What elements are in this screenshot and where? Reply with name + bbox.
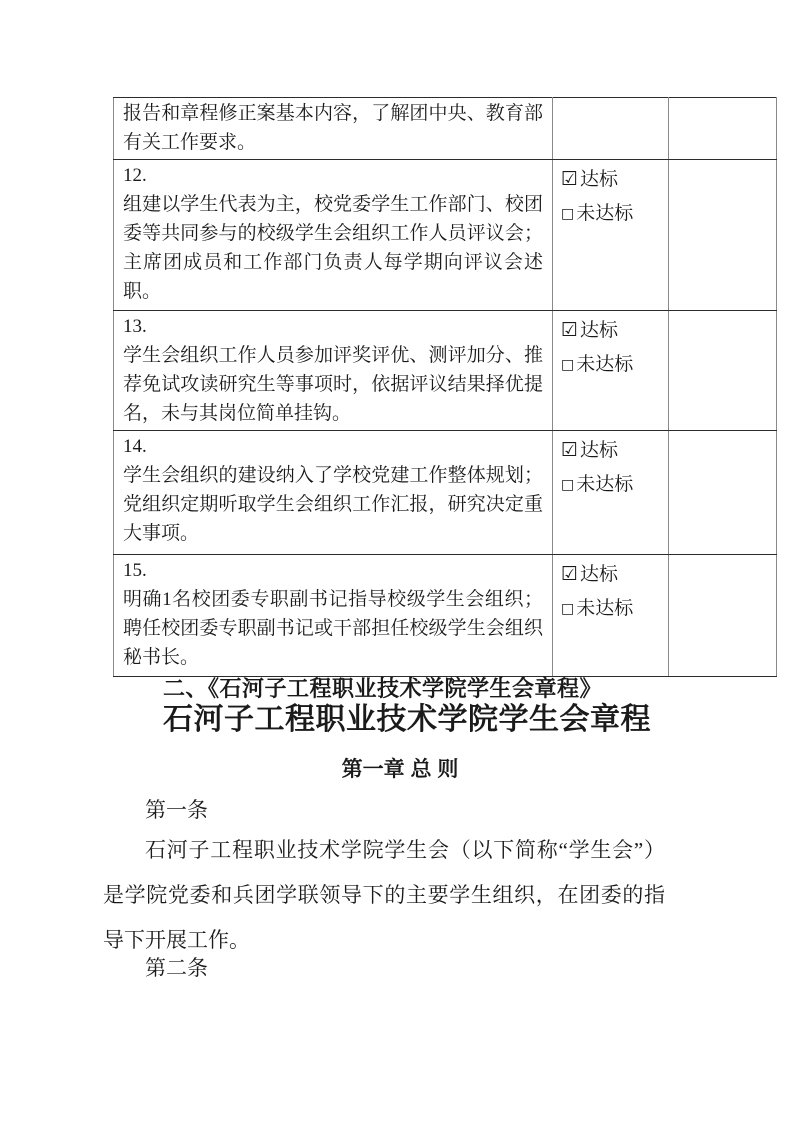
checkbox-option-achieved[interactable]: ☑达标 [561,313,664,348]
item-text: 学生会组织工作人员参加评奖评优、测评加分、推荐免试攻读研究生等事项时，依据评议结… [123,341,543,428]
compliance-checklist-table: 报告和章程修正案基本内容，了解团中央、教育部有关工作要求。 12. 组建以学生代… [113,97,777,677]
status-cell: ☑达标 □未达标 [553,160,669,311]
status-cell: ☑达标 □未达标 [553,311,669,431]
checked-checkbox-icon: ☑ [561,433,578,467]
checkbox-option-not-achieved[interactable]: □未达标 [561,348,664,383]
checkbox-option-not-achieved[interactable]: □未达标 [561,197,664,232]
checkbox-option-achieved[interactable]: ☑达标 [561,557,664,592]
item-number: 14. [123,432,543,461]
status-cell: ☑达标 □未达标 [553,431,669,555]
document-title: 石河子工程职业技术学院学生会章程 [163,702,651,738]
checkbox-option-label: 达标 [580,169,618,190]
item-number: 15. [123,556,543,585]
unchecked-checkbox-icon: □ [561,197,574,231]
item-text: 明确1名校团委专职副书记指导校级学生会组织；聘任校团委专职副书记或干部担任校级学… [123,585,543,672]
item-cell: 14. 学生会组织的建设纳入了学校党建工作整体规划；党组织定期听取学生会组织工作… [114,431,553,555]
checked-checkbox-icon: ☑ [561,313,578,347]
checkbox-option-label: 未达标 [576,354,633,375]
checklist-row-13: 13. 学生会组织工作人员参加评奖评优、测评加分、推荐免试攻读研究生等事项时，依… [114,311,777,431]
checkbox-option-label: 达标 [580,320,618,341]
checkbox-option-label: 达标 [580,564,618,585]
unchecked-checkbox-icon: □ [561,468,574,502]
checkbox-option-not-achieved[interactable]: □未达标 [561,468,664,503]
remark-cell [669,311,777,431]
item-text: 学生会组织的建设纳入了学校党建工作整体规划；党组织定期听取学生会组织工作汇报，研… [123,461,543,548]
item-cell: 15. 明确1名校团委专职副书记指导校级学生会组织；聘任校团委专职副书记或干部担… [114,555,553,677]
unchecked-checkbox-icon: □ [561,348,574,382]
status-cell [553,98,669,160]
article-1-label: 第一条 [145,798,208,823]
item-text: 报告和章程修正案基本内容，了解团中央、教育部有关工作要求。 [123,99,543,157]
unchecked-checkbox-icon: □ [561,592,574,626]
checkbox-option-label: 未达标 [576,598,633,619]
remark-cell [669,160,777,311]
status-cell: ☑达标 □未达标 [553,555,669,677]
item-cell: 13. 学生会组织工作人员参加评奖评优、测评加分、推荐免试攻读研究生等事项时，依… [114,311,553,431]
remark-cell [669,555,777,677]
article-1-text: 石河子工程职业技术学院学生会（以下简称“学生会”）是学院党委和兵团学联领导下的主… [103,828,665,963]
checkbox-option-achieved[interactable]: ☑达标 [561,162,664,197]
checkbox-option-label: 未达标 [576,474,633,495]
checklist-row-14: 14. 学生会组织的建设纳入了学校党建工作整体规划；党组织定期听取学生会组织工作… [114,431,777,555]
checklist-row-12: 12. 组建以学生代表为主，校党委学生工作部门、校团委等共同参与的校级学生会组织… [114,160,777,311]
chapter-heading: 第一章 总 则 [0,757,800,782]
item-cell: 报告和章程修正案基本内容，了解团中央、教育部有关工作要求。 [114,98,553,160]
checked-checkbox-icon: ☑ [561,162,578,196]
checklist-row-15: 15. 明确1名校团委专职副书记指导校级学生会组织；聘任校团委专职副书记或干部担… [114,555,777,677]
checkbox-option-not-achieved[interactable]: □未达标 [561,592,664,627]
article-2-label: 第二条 [145,956,208,981]
checkbox-option-achieved[interactable]: ☑达标 [561,433,664,468]
item-cell: 12. 组建以学生代表为主，校党委学生工作部门、校团委等共同参与的校级学生会组织… [114,160,553,311]
document-page: 报告和章程修正案基本内容，了解团中央、教育部有关工作要求。 12. 组建以学生代… [0,0,800,1131]
remark-cell [669,431,777,555]
item-text: 组建以学生代表为主，校党委学生工作部门、校团委等共同参与的校级学生会组织工作人员… [123,190,543,306]
checkbox-option-label: 达标 [580,440,618,461]
remark-cell [669,98,777,160]
checkbox-option-label: 未达标 [576,203,633,224]
item-number: 12. [123,161,543,190]
checked-checkbox-icon: ☑ [561,557,578,591]
section-heading: 二、《石河子工程职业技术学院学生会章程》 [163,676,602,702]
checklist-row-continued: 报告和章程修正案基本内容，了解团中央、教育部有关工作要求。 [114,98,777,160]
item-number: 13. [123,312,543,341]
